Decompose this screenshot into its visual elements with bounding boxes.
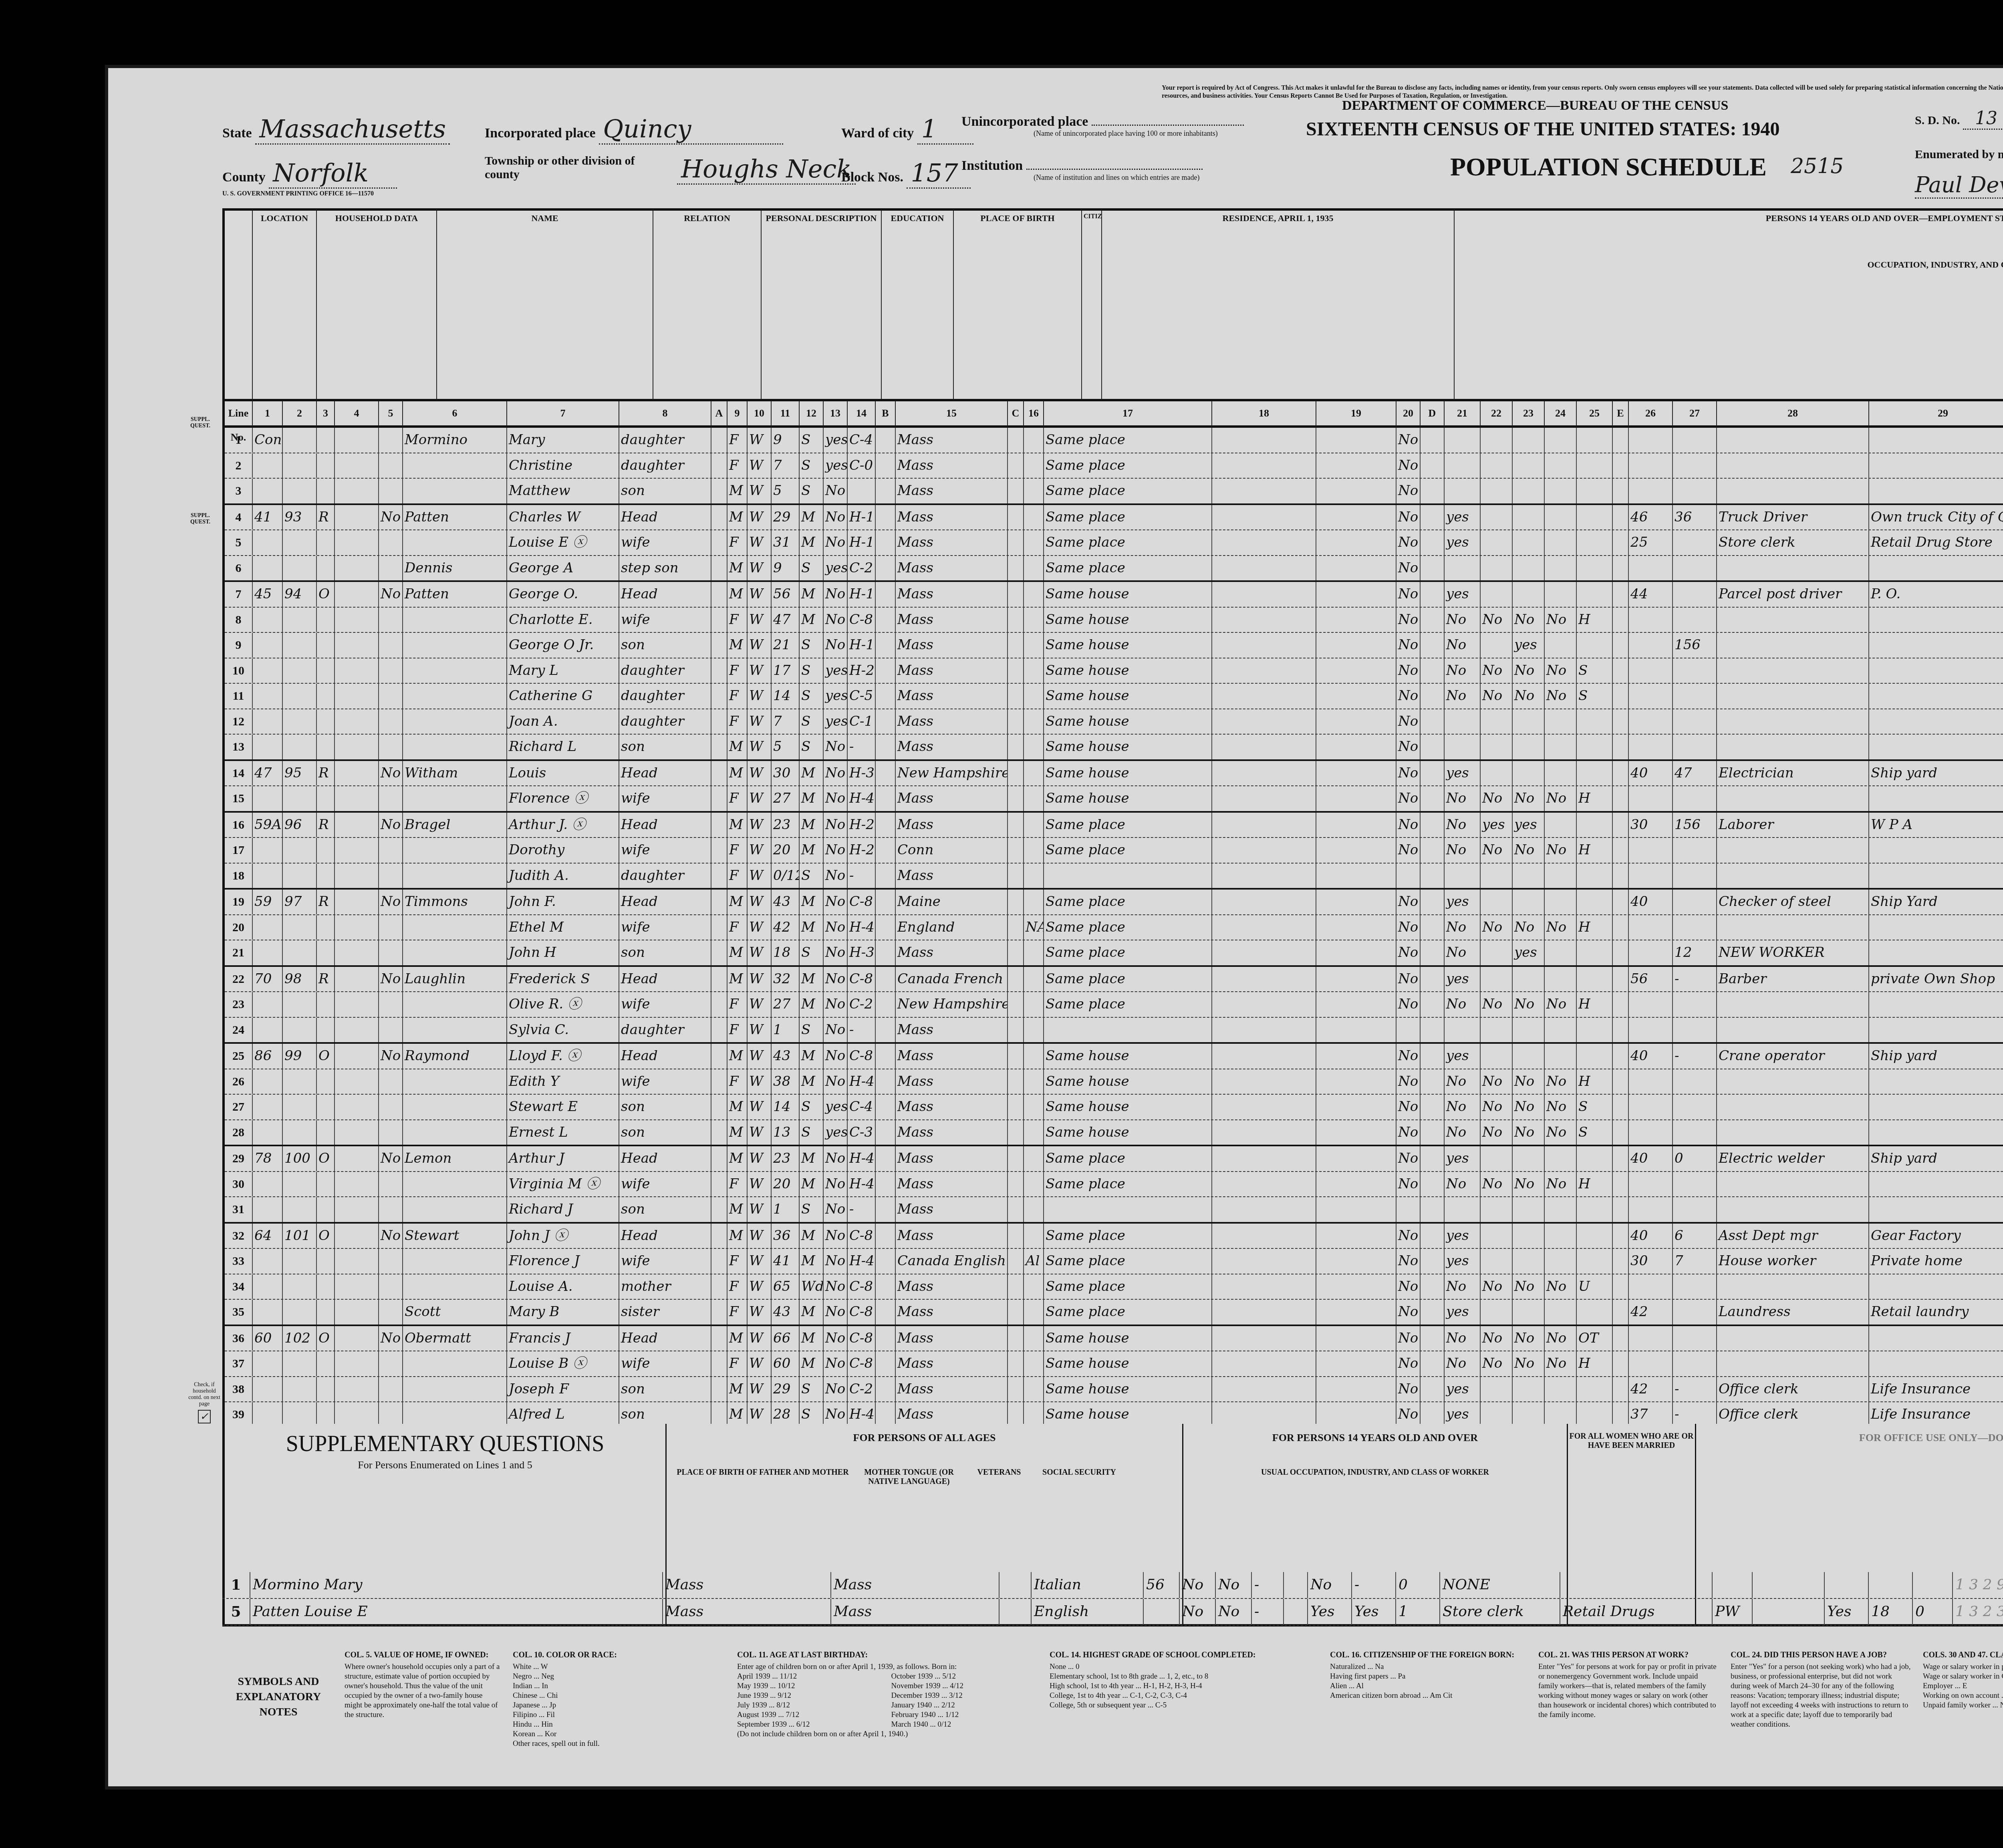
cell-citizen (1024, 1300, 1044, 1325)
cell-sex: F (727, 1300, 748, 1325)
cell-farm (379, 992, 403, 1017)
cell-given: Richard J (507, 1197, 619, 1222)
cell-grade: H-4 (848, 1069, 876, 1094)
cell-code-d (1421, 556, 1445, 581)
cell-race: W (748, 1018, 772, 1043)
cell-marital: M (800, 1069, 824, 1094)
cell-c27 (1673, 608, 1717, 632)
cell-code-d (1421, 1351, 1445, 1376)
cell-sex: M (727, 1044, 748, 1069)
cell-c25: S (1577, 684, 1613, 709)
cell-code-b (876, 556, 896, 581)
column-number: 21 (1445, 401, 1481, 425)
cell-code-a (711, 479, 727, 503)
table-row: 44193RNoPattenCharles WHeadMW29MNoH-1Mas… (225, 505, 2003, 531)
cell-street: 45 (253, 582, 283, 607)
column-number: 11 (772, 401, 800, 425)
cell-c21: No (1445, 838, 1481, 863)
cell-rescode-county (1212, 1120, 1316, 1145)
cell-c25 (1577, 967, 1613, 992)
cell-farm35: No (1396, 1351, 1421, 1376)
column-number: 2 (283, 401, 317, 425)
cell-marital: M (800, 915, 824, 940)
cell-marital: M (800, 967, 824, 992)
cell-rescode-county (1212, 1249, 1316, 1274)
header-name: NAME (437, 211, 653, 399)
cell-surname (403, 1120, 507, 1145)
cell-street (253, 479, 283, 503)
cell-value (335, 735, 379, 759)
district-numbers: S. D. No. 13 E. D. No. 11-123 (1915, 108, 2003, 129)
cell-code-a (711, 1351, 727, 1376)
cell-house (283, 1351, 317, 1376)
cell-line: 18 (225, 864, 253, 888)
cell-surname (403, 1197, 507, 1222)
cell-marital: M (800, 530, 824, 555)
cell-rescode-county (1212, 1095, 1316, 1119)
cell-code-b (876, 582, 896, 607)
column-number: B (876, 401, 896, 425)
cell-surname: Mormino (403, 428, 507, 453)
cell-line: 28 (225, 1120, 253, 1145)
cell-code-d (1421, 838, 1445, 863)
cell-code-c (1008, 479, 1024, 503)
cell-value (335, 915, 379, 940)
cell-school: yes (824, 428, 848, 453)
cell-c24 (1545, 1018, 1577, 1043)
cell-line: 3 (225, 479, 253, 503)
cell-street (253, 786, 283, 811)
cell-given: Dorothy (507, 838, 619, 863)
cell-c24 (1545, 428, 1577, 453)
cell-rescode-county (1212, 735, 1316, 759)
cell-surname: Obermatt (403, 1326, 507, 1351)
cell-code-d (1421, 1326, 1445, 1351)
cell-birthplace: Mass (896, 1274, 1008, 1299)
cell-c21: No (1445, 1274, 1481, 1299)
township-value: Houghs Neck (677, 154, 856, 185)
cell-marital: M (800, 1172, 824, 1197)
cell-rescode-state (1316, 1274, 1396, 1299)
supp-cell-c44: 0 (1396, 1572, 1440, 1598)
cell-relation: wife (619, 915, 711, 940)
cell-industry (1869, 1172, 2003, 1197)
cell-code-c (1008, 761, 1024, 786)
cell-age: 20 (772, 1172, 800, 1197)
cell-rescode-county (1212, 709, 1316, 734)
cell-code-d (1421, 1172, 1445, 1197)
cell-relation: son (619, 1402, 711, 1427)
cell-farm35: No (1396, 709, 1421, 734)
cell-relation: daughter (619, 1018, 711, 1043)
cell-c25: H (1577, 786, 1613, 811)
cell-code-c (1008, 684, 1024, 709)
cell-code-b (876, 658, 896, 683)
cell-c27 (1673, 1120, 1717, 1145)
cell-surname (403, 735, 507, 759)
table-row: 6DennisGeorge Astep sonMW9SyesC-2MassSam… (225, 556, 2003, 582)
cell-street (253, 1249, 283, 1274)
cell-rescode-county (1212, 608, 1316, 632)
cell-age: 31 (772, 530, 800, 555)
cell-code-c (1008, 1224, 1024, 1248)
cell-line: 34 (225, 1274, 253, 1299)
cell-code-b (876, 735, 896, 759)
cell-code-e (1613, 864, 1629, 888)
cell-c24: No (1545, 1326, 1577, 1351)
cell-code-e (1613, 940, 1629, 965)
cell-relation: Head (619, 1224, 711, 1248)
cell-house (283, 1377, 317, 1402)
cell-line: 12 (225, 709, 253, 734)
cell-farm: No (379, 813, 403, 837)
cell-code-c (1008, 1044, 1024, 1069)
cell-race: W (748, 428, 772, 453)
cell-grade: C-0 (848, 453, 876, 478)
cell-c27: 47 (1673, 761, 1717, 786)
cell-sex: M (727, 556, 748, 581)
cell-code-e (1613, 658, 1629, 683)
cell-school: No (824, 1197, 848, 1222)
cell-c25: H (1577, 992, 1613, 1017)
cell-farm35: No (1396, 479, 1421, 503)
note-item: College, 1st to 4th year ... C-1, C-2, C… (1050, 1691, 1318, 1701)
cell-c27: 0 (1673, 1146, 1717, 1171)
cell-hh (317, 1172, 335, 1197)
cell-farm35: No (1396, 1095, 1421, 1119)
cell-citizen (1024, 1377, 1044, 1402)
cell-birthplace: Mass (896, 684, 1008, 709)
cell-sex: M (727, 1146, 748, 1171)
cell-given: Alfred L (507, 1402, 619, 1427)
cell-c22: No (1481, 658, 1513, 683)
supp-cell-father: Mass (663, 1599, 831, 1625)
cell-industry: W P A (1869, 813, 2003, 837)
cell-grade: H-4 (848, 915, 876, 940)
cell-relation: wife (619, 786, 711, 811)
cell-grade: H-3 (848, 761, 876, 786)
cell-rescode-county (1212, 813, 1316, 837)
cell-code-e (1613, 838, 1629, 863)
cell-house: 96 (283, 813, 317, 837)
cell-house (283, 864, 317, 888)
cell-c27 (1673, 1300, 1717, 1325)
cell-given: Mary L (507, 658, 619, 683)
cell-marital: S (800, 453, 824, 478)
cell-occupation (1717, 1120, 1869, 1145)
cell-rescode-county (1212, 633, 1316, 658)
cell-value (335, 428, 379, 453)
supp-cell-mother: Mass (831, 1599, 999, 1625)
cell-c24 (1545, 890, 1577, 914)
cell-line: 21 (225, 940, 253, 965)
table-row: 5Louise E ⓧwifeFW31MNoH-1MassSame placeN… (225, 530, 2003, 556)
cell-c22: No (1481, 684, 1513, 709)
cell-line: 30 (225, 1172, 253, 1197)
cell-c22: No (1481, 1120, 1513, 1145)
cell-hh: R (317, 761, 335, 786)
cell-code-c (1008, 838, 1024, 863)
cell-code-b (876, 453, 896, 478)
cell-race: W (748, 838, 772, 863)
cell-c26: 40 (1629, 1146, 1673, 1171)
cell-occupation (1717, 1172, 1869, 1197)
cell-c23: No (1513, 1274, 1545, 1299)
table-row: 33Florence JwifeFW41MNoH-4Canada English… (225, 1249, 2003, 1274)
cell-house (283, 453, 317, 478)
cell-grade: H-2 (848, 838, 876, 863)
cell-farm35: No (1396, 940, 1421, 965)
note-item: November 1939 ... 4/12 (891, 1681, 1038, 1691)
cell-age: 0/12 (772, 864, 800, 888)
cell-c24: No (1545, 992, 1577, 1017)
cell-age: 1 (772, 1018, 800, 1043)
table-row: 3MatthewsonMW5SNoMassSame placeNoNo3 (225, 479, 2003, 505)
column-number: 9 (727, 401, 748, 425)
cell-race: W (748, 1377, 772, 1402)
cell-sex: M (727, 940, 748, 965)
cell-race: W (748, 735, 772, 759)
cell-given: Louise B ⓧ (507, 1351, 619, 1376)
cell-occupation (1717, 658, 1869, 683)
cell-c21: yes (1445, 1402, 1481, 1427)
cell-line: 38 (225, 1377, 253, 1402)
cell-hh: O (317, 582, 335, 607)
cell-school: No (824, 967, 848, 992)
note-item: None ... 0 (1050, 1662, 1318, 1672)
cell-occupation (1717, 735, 1869, 759)
cell-race: W (748, 890, 772, 914)
cell-hh: O (317, 1044, 335, 1069)
table-row: 195997RNoTimmonsJohn F.HeadMW43MNoC-8Mai… (225, 890, 2003, 915)
cell-rescode-county (1212, 582, 1316, 607)
cell-c24 (1545, 709, 1577, 734)
cell-marital: S (800, 1095, 824, 1119)
cell-line: 7 (225, 582, 253, 607)
cell-value (335, 1197, 379, 1222)
cell-race: W (748, 1120, 772, 1145)
cell-c27: - (1673, 967, 1717, 992)
household-continued-check[interactable]: Check, if household contd. on next page … (188, 1382, 220, 1423)
cell-hh: R (317, 967, 335, 992)
cell-age: 36 (772, 1224, 800, 1248)
table-row: 11Catherine GdaughterFW14SyesC-5MassSame… (225, 684, 2003, 709)
cell-house (283, 658, 317, 683)
cell-grade: C-8 (848, 1044, 876, 1069)
cell-rescode-city: Same place (1044, 838, 1212, 863)
cell-c21 (1445, 1197, 1481, 1222)
cell-age: 14 (772, 684, 800, 709)
cell-given: Louise E ⓧ (507, 530, 619, 555)
cell-code-b (876, 1044, 896, 1069)
cell-c24 (1545, 967, 1577, 992)
cell-marital: M (800, 1249, 824, 1274)
column-number: D (1421, 401, 1445, 425)
cell-c22 (1481, 453, 1513, 478)
cell-c27: 7 (1673, 1249, 1717, 1274)
cell-c22 (1481, 1224, 1513, 1248)
cell-c26: 44 (1629, 582, 1673, 607)
cell-sex: M (727, 761, 748, 786)
cell-farm (379, 864, 403, 888)
cell-rescode-county (1212, 838, 1316, 863)
cell-code-a (711, 838, 727, 863)
cell-c21: No (1445, 940, 1481, 965)
cell-marital: S (800, 658, 824, 683)
cell-c27: 36 (1673, 505, 1717, 530)
column-number: 17 (1044, 401, 1212, 425)
cell-citizen (1024, 1095, 1044, 1119)
cell-c22 (1481, 479, 1513, 503)
cell-rescode-county (1212, 658, 1316, 683)
cell-code-b (876, 1018, 896, 1043)
table-row: 15Florence ⓧwifeFW27MNoH-4MassSame house… (225, 786, 2003, 813)
cell-c22 (1481, 428, 1513, 453)
cell-citizen (1024, 864, 1044, 888)
cell-relation: step son (619, 556, 711, 581)
cell-industry (1869, 684, 2003, 709)
cell-c22 (1481, 864, 1513, 888)
cell-c21: yes (1445, 1249, 1481, 1274)
cell-age: 14 (772, 1095, 800, 1119)
cell-given: George O. (507, 582, 619, 607)
cell-house (283, 735, 317, 759)
cell-street (253, 530, 283, 555)
cell-farm35: No (1396, 658, 1421, 683)
cell-c27: 156 (1673, 813, 1717, 837)
cell-c26 (1629, 1351, 1673, 1376)
note-item: Alien ... Al (1330, 1681, 1526, 1691)
cell-farm (379, 915, 403, 940)
cell-rescode-city: Same house (1044, 1326, 1212, 1351)
cell-relation: wife (619, 1172, 711, 1197)
cell-c21 (1445, 479, 1481, 503)
cell-relation: daughter (619, 864, 711, 888)
cell-relation: wife (619, 992, 711, 1017)
cell-c24 (1545, 1377, 1577, 1402)
cell-farm35: No (1396, 1300, 1421, 1325)
cell-school: No (824, 1402, 848, 1427)
cell-marital: S (800, 1377, 824, 1402)
cell-age: 38 (772, 1069, 800, 1094)
cell-street: 64 (253, 1224, 283, 1248)
cell-industry (1869, 453, 2003, 478)
supp-cell-tongue: English (1032, 1599, 1144, 1625)
cell-code-d (1421, 940, 1445, 965)
cell-c24: No (1545, 838, 1577, 863)
cell-c21 (1445, 864, 1481, 888)
cell-relation: Head (619, 1146, 711, 1171)
cell-c22 (1481, 530, 1513, 555)
cell-c25 (1577, 864, 1613, 888)
cell-value (335, 1300, 379, 1325)
cell-code-e (1613, 1172, 1629, 1197)
cell-code-b (876, 1197, 896, 1222)
cell-street: Continued (253, 428, 283, 453)
cell-marital: S (800, 940, 824, 965)
cell-occupation: Electric welder (1717, 1146, 1869, 1171)
cell-rescode-county (1212, 1377, 1316, 1402)
table-row: 28Ernest LsonMW13SyesC-3MassSame houseNo… (225, 1120, 2003, 1147)
cell-code-a (711, 1146, 727, 1171)
cell-grade: C-8 (848, 1351, 876, 1376)
cell-relation: wife (619, 838, 711, 863)
cell-industry (1869, 1018, 2003, 1043)
cell-line: 23 (225, 992, 253, 1017)
supplementary-title: SUPPLEMENTARY QUESTIONS (225, 1432, 665, 1456)
cell-c26: 40 (1629, 1044, 1673, 1069)
cell-birthplace: Mass (896, 1224, 1008, 1248)
cell-code-e (1613, 1146, 1629, 1171)
cell-code-a (711, 1095, 727, 1119)
cell-given: John J ⓧ (507, 1224, 619, 1248)
cell-surname (403, 838, 507, 863)
cell-code-a (711, 992, 727, 1017)
cell-code-b (876, 1377, 896, 1402)
cell-industry (1869, 786, 2003, 811)
cell-school: No (824, 582, 848, 607)
supp-cell-c43: Yes (1352, 1599, 1396, 1625)
cell-c24 (1545, 1249, 1577, 1274)
cell-grade: C-8 (848, 890, 876, 914)
cell-farm (379, 428, 403, 453)
cell-value (335, 633, 379, 658)
cell-race: W (748, 1172, 772, 1197)
cell-c22: yes (1481, 813, 1513, 837)
cell-sex: F (727, 864, 748, 888)
cell-rescode-county (1212, 1224, 1316, 1248)
note-item: January 1940 ... 2/12 (891, 1701, 1038, 1710)
cell-birthplace: Mass (896, 428, 1008, 453)
cell-street (253, 735, 283, 759)
cell-hh (317, 1351, 335, 1376)
cell-sex: F (727, 428, 748, 453)
cell-c21: yes (1445, 1146, 1481, 1171)
cell-c27: - (1673, 1044, 1717, 1069)
cell-house (283, 1095, 317, 1119)
cell-marital: M (800, 992, 824, 1017)
cell-relation: wife (619, 1249, 711, 1274)
cell-farm35: No (1396, 967, 1421, 992)
cell-house (283, 684, 317, 709)
cell-citizen (1024, 428, 1044, 453)
cell-c25 (1577, 633, 1613, 658)
cell-rescode-state (1316, 1377, 1396, 1402)
cell-race: W (748, 1300, 772, 1325)
cell-school: No (824, 505, 848, 530)
cell-code-a (711, 786, 727, 811)
cell-c25 (1577, 761, 1613, 786)
cell-school: No (824, 1044, 848, 1069)
cell-line: 29 (225, 1146, 253, 1171)
cell-industry (1869, 633, 2003, 658)
cell-rescode-city: Same place (1044, 940, 1212, 965)
cell-marital: S (800, 735, 824, 759)
cell-industry: Ship yard (1869, 1044, 2003, 1069)
cell-age: 29 (772, 1377, 800, 1402)
cell-c27 (1673, 890, 1717, 914)
cell-c23 (1513, 1044, 1545, 1069)
cell-given: Joan A. (507, 709, 619, 734)
cell-industry (1869, 915, 2003, 940)
cell-surname: Lemon (403, 1146, 507, 1171)
cell-age: 41 (772, 1249, 800, 1274)
cell-citizen: NA (1024, 915, 1044, 940)
cell-house (283, 1197, 317, 1222)
cell-grade: - (848, 1197, 876, 1222)
cell-c22: No (1481, 1274, 1513, 1299)
cell-code-e (1613, 556, 1629, 581)
